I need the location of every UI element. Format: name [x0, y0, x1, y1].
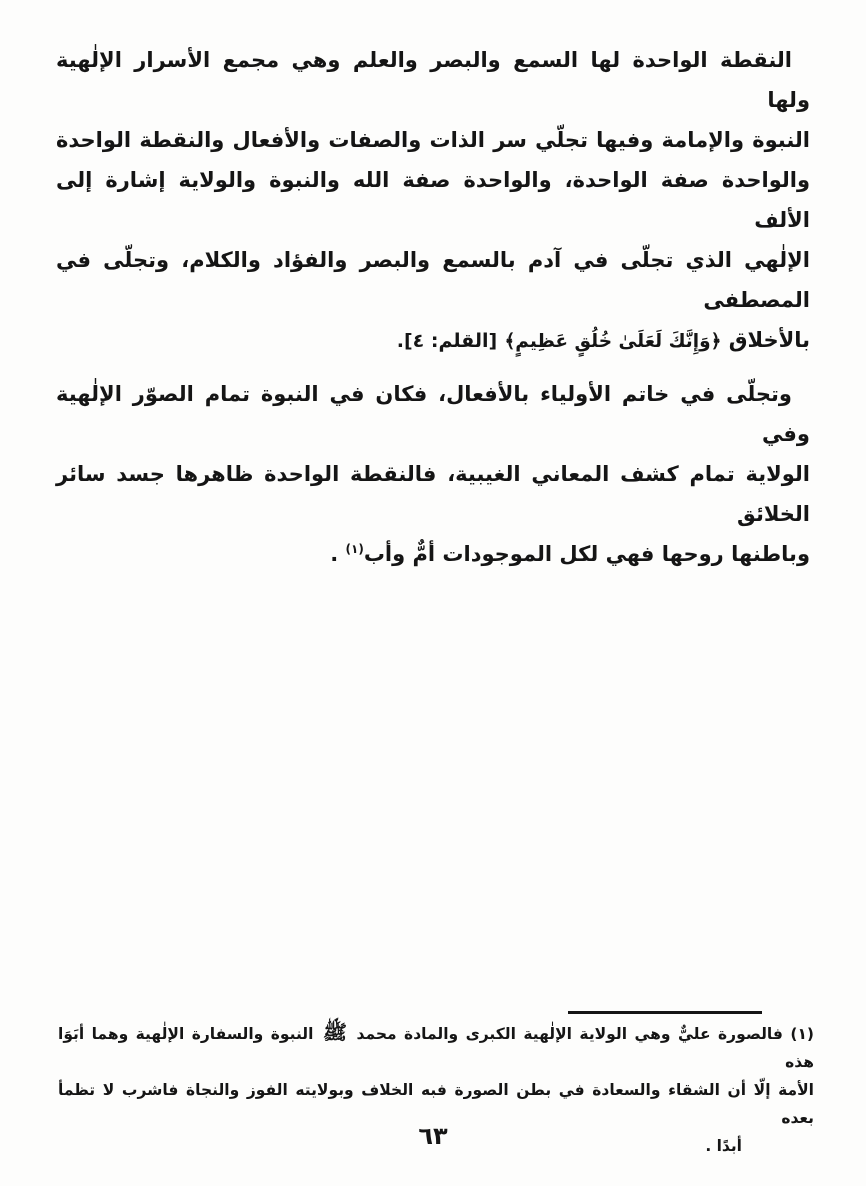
text-line: وباطنها روحها فهي لكل الموجودات أمٌّ وأب… — [56, 534, 810, 574]
text-line: النقطة الواحدة لها السمع والبصر والعلم و… — [56, 40, 810, 120]
text-line: الإلٰهي الذي تجلّى في آدم بالسمع والبصر … — [56, 240, 810, 320]
text-line: النبوة والإمامة وفيها تجلّي سر الذات وال… — [56, 120, 810, 160]
text-line: والواحدة صفة الواحدة، والواحدة صفة الله … — [56, 160, 810, 240]
paragraph-end-text: وباطنها روحها فهي لكل الموجودات أمٌّ وأب — [364, 542, 810, 566]
sentence-period: . — [330, 542, 345, 566]
paragraph-2: وتجلّى في خاتم الأولياء بالأفعال، فكان ف… — [56, 374, 810, 574]
footnote-text: فالصورة عليٌّ وهي الولاية الإلٰهية الكبر… — [357, 1025, 783, 1043]
sallallahu-alayhi-wasallam-symbol: ﷺ — [323, 1020, 347, 1044]
footnote-reference-marker: (١) — [346, 542, 364, 556]
footnote-separator-rule — [568, 1011, 762, 1014]
text-line: الولاية تمام كشف المعاني الغيبية، فالنقط… — [56, 454, 810, 534]
paragraph-1: النقطة الواحدة لها السمع والبصر والعلم و… — [56, 40, 810, 362]
text-line: وتجلّى في خاتم الأولياء بالأفعال، فكان ف… — [56, 374, 810, 454]
verse-intro-text: بالأخلاق — [729, 328, 810, 352]
footnote-marker: (١) — [790, 1025, 814, 1043]
text-line: بالأخلاق ﴿وَإِنَّكَ لَعَلَىٰ خُلُقٍ عَظِ… — [56, 320, 810, 362]
footnote-line: (١) فالصورة عليٌّ وهي الولاية الإلٰهية ا… — [58, 1020, 814, 1076]
quran-verse: ﴿وَإِنَّكَ لَعَلَىٰ خُلُقٍ عَظِيمٍ﴾ — [504, 331, 721, 352]
body-text: النقطة الواحدة لها السمع والبصر والعلم و… — [56, 40, 810, 574]
page-number: ٦٣ — [0, 1122, 866, 1150]
scanned-book-page: النقطة الواحدة لها السمع والبصر والعلم و… — [0, 0, 866, 1186]
verse-reference: [القلم: ٤]. — [397, 330, 497, 352]
